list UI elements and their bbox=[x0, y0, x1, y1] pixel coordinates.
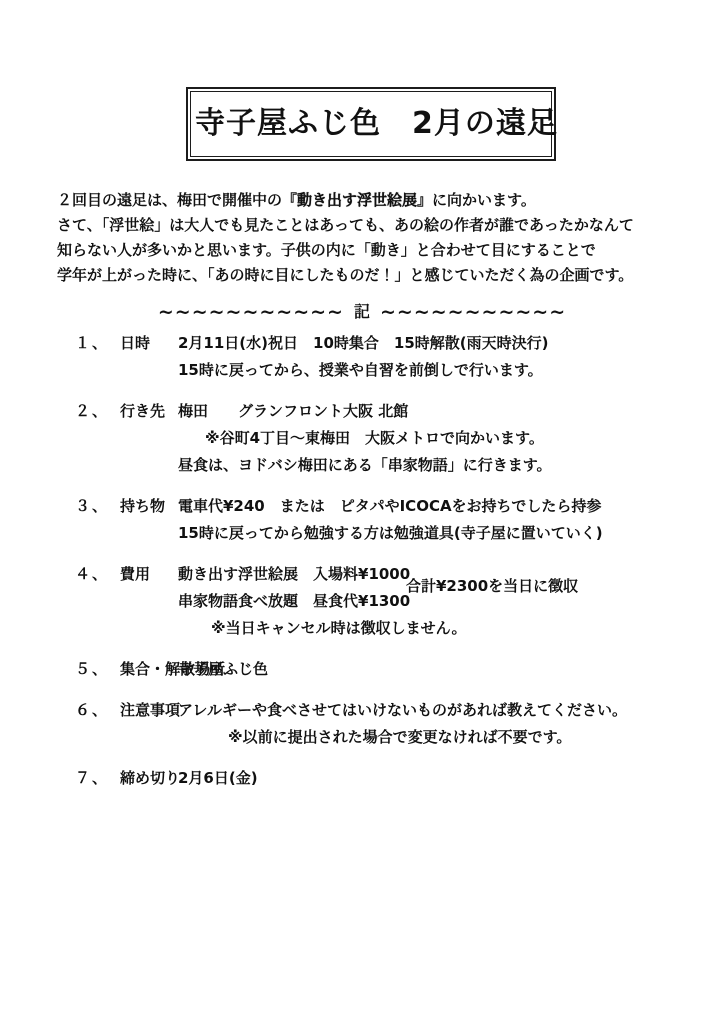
text-line: 15時に戻ってから、授業や自習を前倒しで行います。 bbox=[178, 357, 724, 384]
title-box-inner: 寺子屋ふじ色 2月の遠足 bbox=[190, 91, 552, 157]
item-number: ２、 bbox=[75, 402, 109, 420]
text-line: 電車代¥240 または ピタパやICOCAをお持ちでしたら持参 bbox=[178, 493, 724, 520]
item-body: 寺子屋ふじ色 bbox=[178, 656, 724, 683]
item-head: ５、集合・解散場所 bbox=[0, 656, 178, 683]
intro-paragraph: ２回目の遠足は、梅田で開催中の『動き出す浮世絵展』に向かいます。 さて、「浮世絵… bbox=[57, 188, 684, 288]
item-head: ２、行き先 bbox=[0, 398, 178, 479]
title-box: 寺子屋ふじ色 2月の遠足 bbox=[186, 87, 556, 161]
text-line: 2月11日(水)祝日 10時集合 15時解散(雨天時決行) bbox=[178, 330, 724, 357]
text-line: 梅田 グランフロント大阪 北館 bbox=[178, 398, 724, 425]
item-head: ７、締め切り bbox=[0, 765, 178, 792]
text-line: ※当日キャンセル時は徴収しません。 bbox=[211, 615, 724, 642]
item-notes: ６、注意事項 アレルギーや食べさせてはいけないものがあれば教えてください。 ※以… bbox=[0, 697, 724, 751]
item-destination: ２、行き先 梅田 グランフロント大阪 北館 ※谷町4丁目～東梅田 大阪メトロで向… bbox=[0, 398, 724, 479]
divider-tildes-left: ~~~~~~~~~~~ bbox=[158, 301, 344, 323]
text-line: アレルギーや食べさせてはいけないものがあれば教えてください。 bbox=[178, 697, 724, 724]
page-title: 寺子屋ふじ色 2月の遠足 bbox=[195, 106, 547, 142]
item-label: 締め切り bbox=[120, 769, 180, 787]
item-body: アレルギーや食べさせてはいけないものがあれば教えてください。 ※以前に提出された… bbox=[178, 697, 724, 751]
intro-line-3: 知らない人が多いかと思います。子供の内に「動き」と合わせて目にすることで bbox=[57, 238, 684, 263]
item-body: 2月11日(水)祝日 10時集合 15時解散(雨天時決行) 15時に戻ってから、… bbox=[178, 330, 724, 384]
exhibition-name: 動き出す浮世絵展 bbox=[297, 191, 417, 209]
item-body: 電車代¥240 または ピタパやICOCAをお持ちでしたら持参 15時に戻ってか… bbox=[178, 493, 724, 547]
item-number: ７、 bbox=[75, 769, 109, 787]
document-page: 寺子屋ふじ色 2月の遠足 ２回目の遠足は、梅田で開催中の『動き出す浮世絵展』に向… bbox=[0, 0, 724, 1024]
item-cost: ４、費用 動き出す浮世絵展 入場料¥1000 串家物語食べ放題 昼食代¥1300… bbox=[0, 561, 724, 642]
intro-line-2: さて、「浮世絵」は大人でも見たことはあっても、あの絵の作者が誰であったかなんて bbox=[57, 213, 684, 238]
item-head: ４、費用 bbox=[0, 561, 178, 642]
item-datetime: １、日時 2月11日(水)祝日 10時集合 15時解散(雨天時決行) 15時に戻… bbox=[0, 330, 724, 384]
item-label: 注意事項 bbox=[120, 701, 180, 719]
ki-divider: ~~~~~~~~~~~記~~~~~~~~~~~ bbox=[0, 302, 724, 322]
intro-line-4: 学年が上がった時に、「あの時に目にしたものだ！」と感じていただく為の企画です。 bbox=[57, 263, 684, 288]
text-line: 2月6日(金) bbox=[178, 765, 724, 792]
item-body: 2月6日(金) bbox=[178, 765, 724, 792]
text-line: ※以前に提出された場合で変更なければ不要です。 bbox=[228, 724, 724, 751]
item-number: ４、 bbox=[75, 565, 109, 583]
text-line: 昼食は、ヨドバシ梅田にある「串家物語」に行きます。 bbox=[178, 452, 724, 479]
item-body: 動き出す浮世絵展 入場料¥1000 串家物語食べ放題 昼食代¥1300 合計¥2… bbox=[178, 561, 724, 642]
item-body: 梅田 グランフロント大阪 北館 ※谷町4丁目～東梅田 大阪メトロで向かいます。 … bbox=[178, 398, 724, 479]
item-head: ３、持ち物 bbox=[0, 493, 178, 547]
divider-tildes-right: ~~~~~~~~~~~ bbox=[380, 301, 566, 323]
item-list: １、日時 2月11日(水)祝日 10時集合 15時解散(雨天時決行) 15時に戻… bbox=[0, 330, 724, 792]
text-line: 寺子屋ふじ色 bbox=[178, 656, 724, 683]
item-number: ３、 bbox=[75, 497, 109, 515]
item-label: 持ち物 bbox=[120, 497, 165, 515]
divider-label: 記 bbox=[354, 302, 370, 321]
item-number: １、 bbox=[75, 334, 109, 352]
item-head: １、日時 bbox=[0, 330, 178, 384]
item-label: 日時 bbox=[120, 334, 150, 352]
intro-line-1: ２回目の遠足は、梅田で開催中の『動き出す浮世絵展』に向かいます。 bbox=[57, 188, 684, 213]
item-label: 行き先 bbox=[120, 402, 165, 420]
item-label: 費用 bbox=[120, 565, 150, 583]
item-deadline: ７、締め切り 2月6日(金) bbox=[0, 765, 724, 792]
cost-total-note: 合計¥2300を当日に徴収 bbox=[406, 573, 578, 600]
item-head: ６、注意事項 bbox=[0, 697, 178, 751]
text-line: 15時に戻ってから勉強する方は勉強道具(寺子屋に置いていく) bbox=[178, 520, 724, 547]
item-belongings: ３、持ち物 電車代¥240 または ピタパやICOCAをお持ちでしたら持参 15… bbox=[0, 493, 724, 547]
item-number: ６、 bbox=[75, 701, 109, 719]
item-number: ５、 bbox=[75, 660, 109, 678]
intro-line-1-pre: ２回目の遠足は、梅田で開催中の『 bbox=[57, 191, 297, 209]
item-meeting-place: ５、集合・解散場所 寺子屋ふじ色 bbox=[0, 656, 724, 683]
intro-line-1-post: 』に向かいます。 bbox=[417, 191, 536, 209]
text-line: ※谷町4丁目～東梅田 大阪メトロで向かいます。 bbox=[205, 425, 724, 452]
